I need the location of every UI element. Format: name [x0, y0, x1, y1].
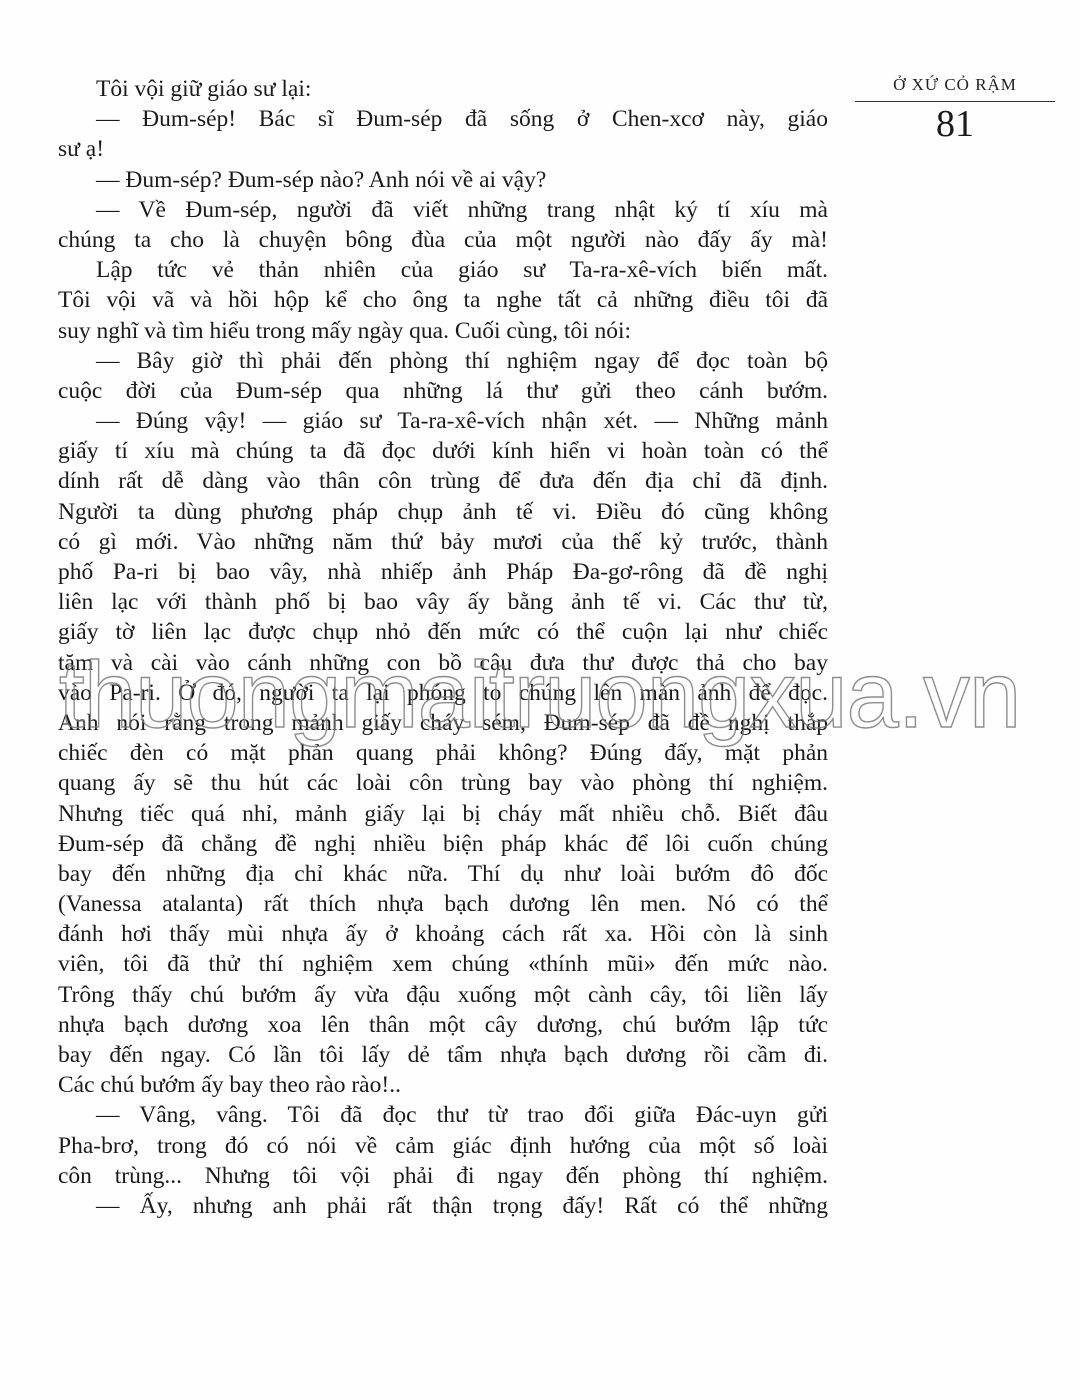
text-line: quang ấy sẽ thu hút các loài côn trùng b…	[58, 768, 828, 798]
body-text: Tôi vội giữ giáo sư lại:— Đum-sép! Bác s…	[58, 74, 828, 1221]
header-rule	[855, 101, 1055, 102]
text-line: — Vâng, vâng. Tôi đã đọc thư từ trao đổi…	[58, 1100, 828, 1130]
text-line: Trông thấy chú bướm ấy vừa đậu xuống một…	[58, 980, 828, 1010]
text-line: — Đum-sép! Bác sĩ Đum-sép đã sống ở Chen…	[58, 104, 828, 134]
text-line: côn trùng... Nhưng tôi vội phải đi ngay …	[58, 1161, 828, 1191]
text-line: giấy tờ liên lạc được chụp nhỏ đến mức c…	[58, 617, 828, 647]
text-line: Tôi vội giữ giáo sư lại:	[58, 74, 828, 104]
text-line: bay đến những địa chỉ khác nữa. Thí dụ n…	[58, 859, 828, 889]
text-line: Người ta dùng phương pháp chụp ảnh tế vi…	[58, 497, 828, 527]
text-line: (Vanessa atalanta) rất thích nhựa bạch d…	[58, 889, 828, 919]
chapter-title: Ở XỨ CỎ RẬM	[855, 74, 1055, 96]
text-line: vào Pa-ri. Ở đó, người ta lại phóng to c…	[58, 678, 828, 708]
text-line: chúng ta cho là chuyện bông đùa của một …	[58, 225, 828, 255]
text-line: Lập tức vẻ thản nhiên của giáo sư Ta-ra-…	[58, 255, 828, 285]
text-line: — Ấy, nhưng anh phải rất thận trọng đấy!…	[58, 1191, 828, 1221]
text-line: Nhưng tiếc quá nhỉ, mảnh giấy lại bị chá…	[58, 799, 828, 829]
text-line: Anh nói rằng trong mảnh giấy cháy sém, Đ…	[58, 708, 828, 738]
text-line: phố Pa-ri bị bao vây, nhà nhiếp ảnh Pháp…	[58, 557, 828, 587]
text-line: Tôi vội vã và hồi hộp kể cho ông ta nghe…	[58, 285, 828, 315]
book-page: Ở XỨ CỎ RẬM 81 Tôi vội giữ giáo sư lại:—…	[0, 0, 1079, 1400]
text-line: có gì mới. Vào những năm thứ bảy mươi củ…	[58, 527, 828, 557]
text-line: nhựa bạch dương xoa lên thân một cây dươ…	[58, 1010, 828, 1040]
text-line: viên, tôi đã thử thí nghiệm xem chúng «t…	[58, 949, 828, 979]
text-line: đánh hơi thấy mùi nhựa ấy ở khoảng cách …	[58, 919, 828, 949]
text-line: — Về Đum-sép, người đã viết những trang …	[58, 195, 828, 225]
text-line: giấy tí xíu mà chúng ta đã đọc dưới kính…	[58, 436, 828, 466]
page-number: 81	[855, 104, 1055, 144]
text-line: tăm và cài vào cánh những con bồ câu đưa…	[58, 648, 828, 678]
text-line: Pha-brơ, trong đó có nói về cảm giác địn…	[58, 1131, 828, 1161]
text-line: Đum-sép đã chẳng đề nghị nhiều biện pháp…	[58, 829, 828, 859]
text-line: — Đum-sép? Đum-sép nào? Anh nói về ai vậ…	[58, 165, 828, 195]
text-line: — Đúng vậy! — giáo sư Ta-ra-xê-vích nhận…	[58, 406, 828, 436]
text-line: Các chú bướm ấy bay theo rào rào!..	[58, 1070, 828, 1100]
text-line: — Bây giờ thì phải đến phòng thí nghiệm …	[58, 346, 828, 376]
text-line: suy nghĩ và tìm hiểu trong mấy ngày qua.…	[58, 316, 828, 346]
text-line: dính rất dễ dàng vào thân côn trùng để đ…	[58, 466, 828, 496]
text-line: sư ạ!	[58, 134, 828, 164]
text-line: bay đến ngay. Có lần tôi lấy dẻ tẩm nhựa…	[58, 1040, 828, 1070]
running-header: Ở XỨ CỎ RẬM 81	[855, 74, 1055, 144]
text-line: cuộc đời của Đum-sép qua những lá thư gử…	[58, 376, 828, 406]
text-line: chiếc đèn có mặt phản quang phải không? …	[58, 738, 828, 768]
text-line: liên lạc với thành phố bị bao vây ấy bằn…	[58, 587, 828, 617]
